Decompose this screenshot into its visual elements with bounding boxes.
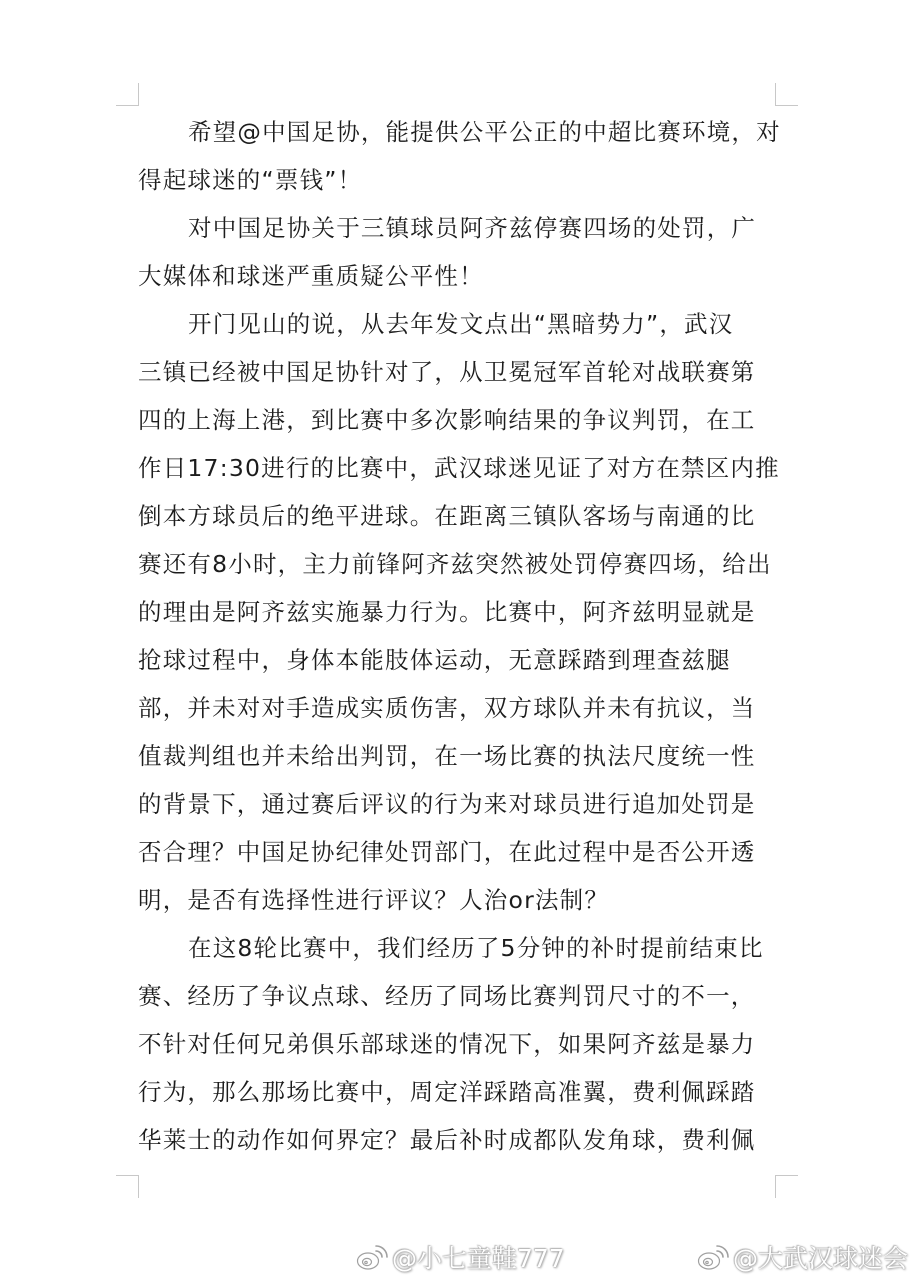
text-line: 行为，那么那场比赛中，周定洋踩踏高准翼，费利佩踩踏 [138,1074,778,1122]
text-line: 赛、经历了争议点球、经历了同场比赛判罚尺寸的不一， [138,978,778,1026]
text-line: 倒本方球员后的绝平进球。在距离三镇队客场与南通的比 [138,498,778,546]
text-line: 三镇已经被中国足协针对了，从卫冕冠军首轮对战联赛第 [138,354,778,402]
text-line: 抢球过程中，身体本能肢体运动，无意踩踏到理查兹腿 [138,642,778,690]
weibo-icon [356,1242,388,1272]
text-line: 部，并未对对手造成实质伤害，双方球队并未有抗议，当 [138,690,778,738]
text-line: 得起球迷的“票钱”！ [138,162,778,210]
paragraph-4: 在这8轮比赛中，我们经历了5分钟的补时提前结束比 赛、经历了争议点球、经历了同场… [138,930,778,1170]
text-line: 赛还有8小时，主力前锋阿齐兹突然被处罚停赛四场，给出 [138,546,778,594]
document-page: 希望@中国足协，能提供公平公正的中超比赛环境，对 得起球迷的“票钱”！ 对中国足… [0,0,913,1280]
text-line: 明，是否有选择性进行评议？人治or法制？ [138,882,778,930]
text-line: 不针对任何兄弟俱乐部球迷的情况下，如果阿齐兹是暴力 [138,1026,778,1074]
text-line: 值裁判组也并未给出判罚，在一场比赛的执法尺度统一性 [138,738,778,786]
paragraph-1: 希望@中国足协，能提供公平公正的中超比赛环境，对 得起球迷的“票钱”！ [138,114,778,210]
text-line: 华莱士的动作如何界定？最后补时成都队发角球，费利佩 [138,1122,778,1170]
text-line: 希望@中国足协，能提供公平公正的中超比赛环境，对 [138,114,778,162]
corner-mark-bottom-right [775,1175,798,1198]
corner-mark-bottom-left [116,1175,139,1198]
text-line: 对中国足协关于三镇球员阿齐兹停赛四场的处罚，广 [138,210,778,258]
text-line: 的理由是阿齐兹实施暴力行为。比赛中，阿齐兹明显就是 [138,594,778,642]
text-line: 否合理？中国足协纪律处罚部门，在此过程中是否公开透 [138,834,778,882]
text-line: 开门见山的说，从去年发文点出“黑暗势力”，武汉 [138,306,778,354]
watermark-text: @大武汉球迷会 [733,1239,908,1275]
document-body: 希望@中国足协，能提供公平公正的中超比赛环境，对 得起球迷的“票钱”！ 对中国足… [138,114,778,1170]
corner-mark-top-right [775,83,798,106]
watermark-text: @小七童鞋777 [392,1239,565,1275]
paragraph-3: 开门见山的说，从去年发文点出“黑暗势力”，武汉 三镇已经被中国足协针对了，从卫冕… [138,306,778,930]
text-line: 四的上海上港，到比赛中多次影响结果的争议判罚，在工 [138,402,778,450]
weibo-icon [697,1242,729,1272]
text-line: 在这8轮比赛中，我们经历了5分钟的补时提前结束比 [138,930,778,978]
watermark-1: @小七童鞋777 [356,1240,565,1274]
text-line: 作日17:30进行的比赛中，武汉球迷见证了对方在禁区内推 [138,450,778,498]
corner-mark-top-left [116,83,139,106]
text-line: 大媒体和球迷严重质疑公平性！ [138,258,778,306]
watermark-2: @大武汉球迷会 [697,1240,908,1274]
paragraph-2: 对中国足协关于三镇球员阿齐兹停赛四场的处罚，广 大媒体和球迷严重质疑公平性！ [138,210,778,306]
text-line: 的背景下，通过赛后评议的行为来对球员进行追加处罚是 [138,786,778,834]
